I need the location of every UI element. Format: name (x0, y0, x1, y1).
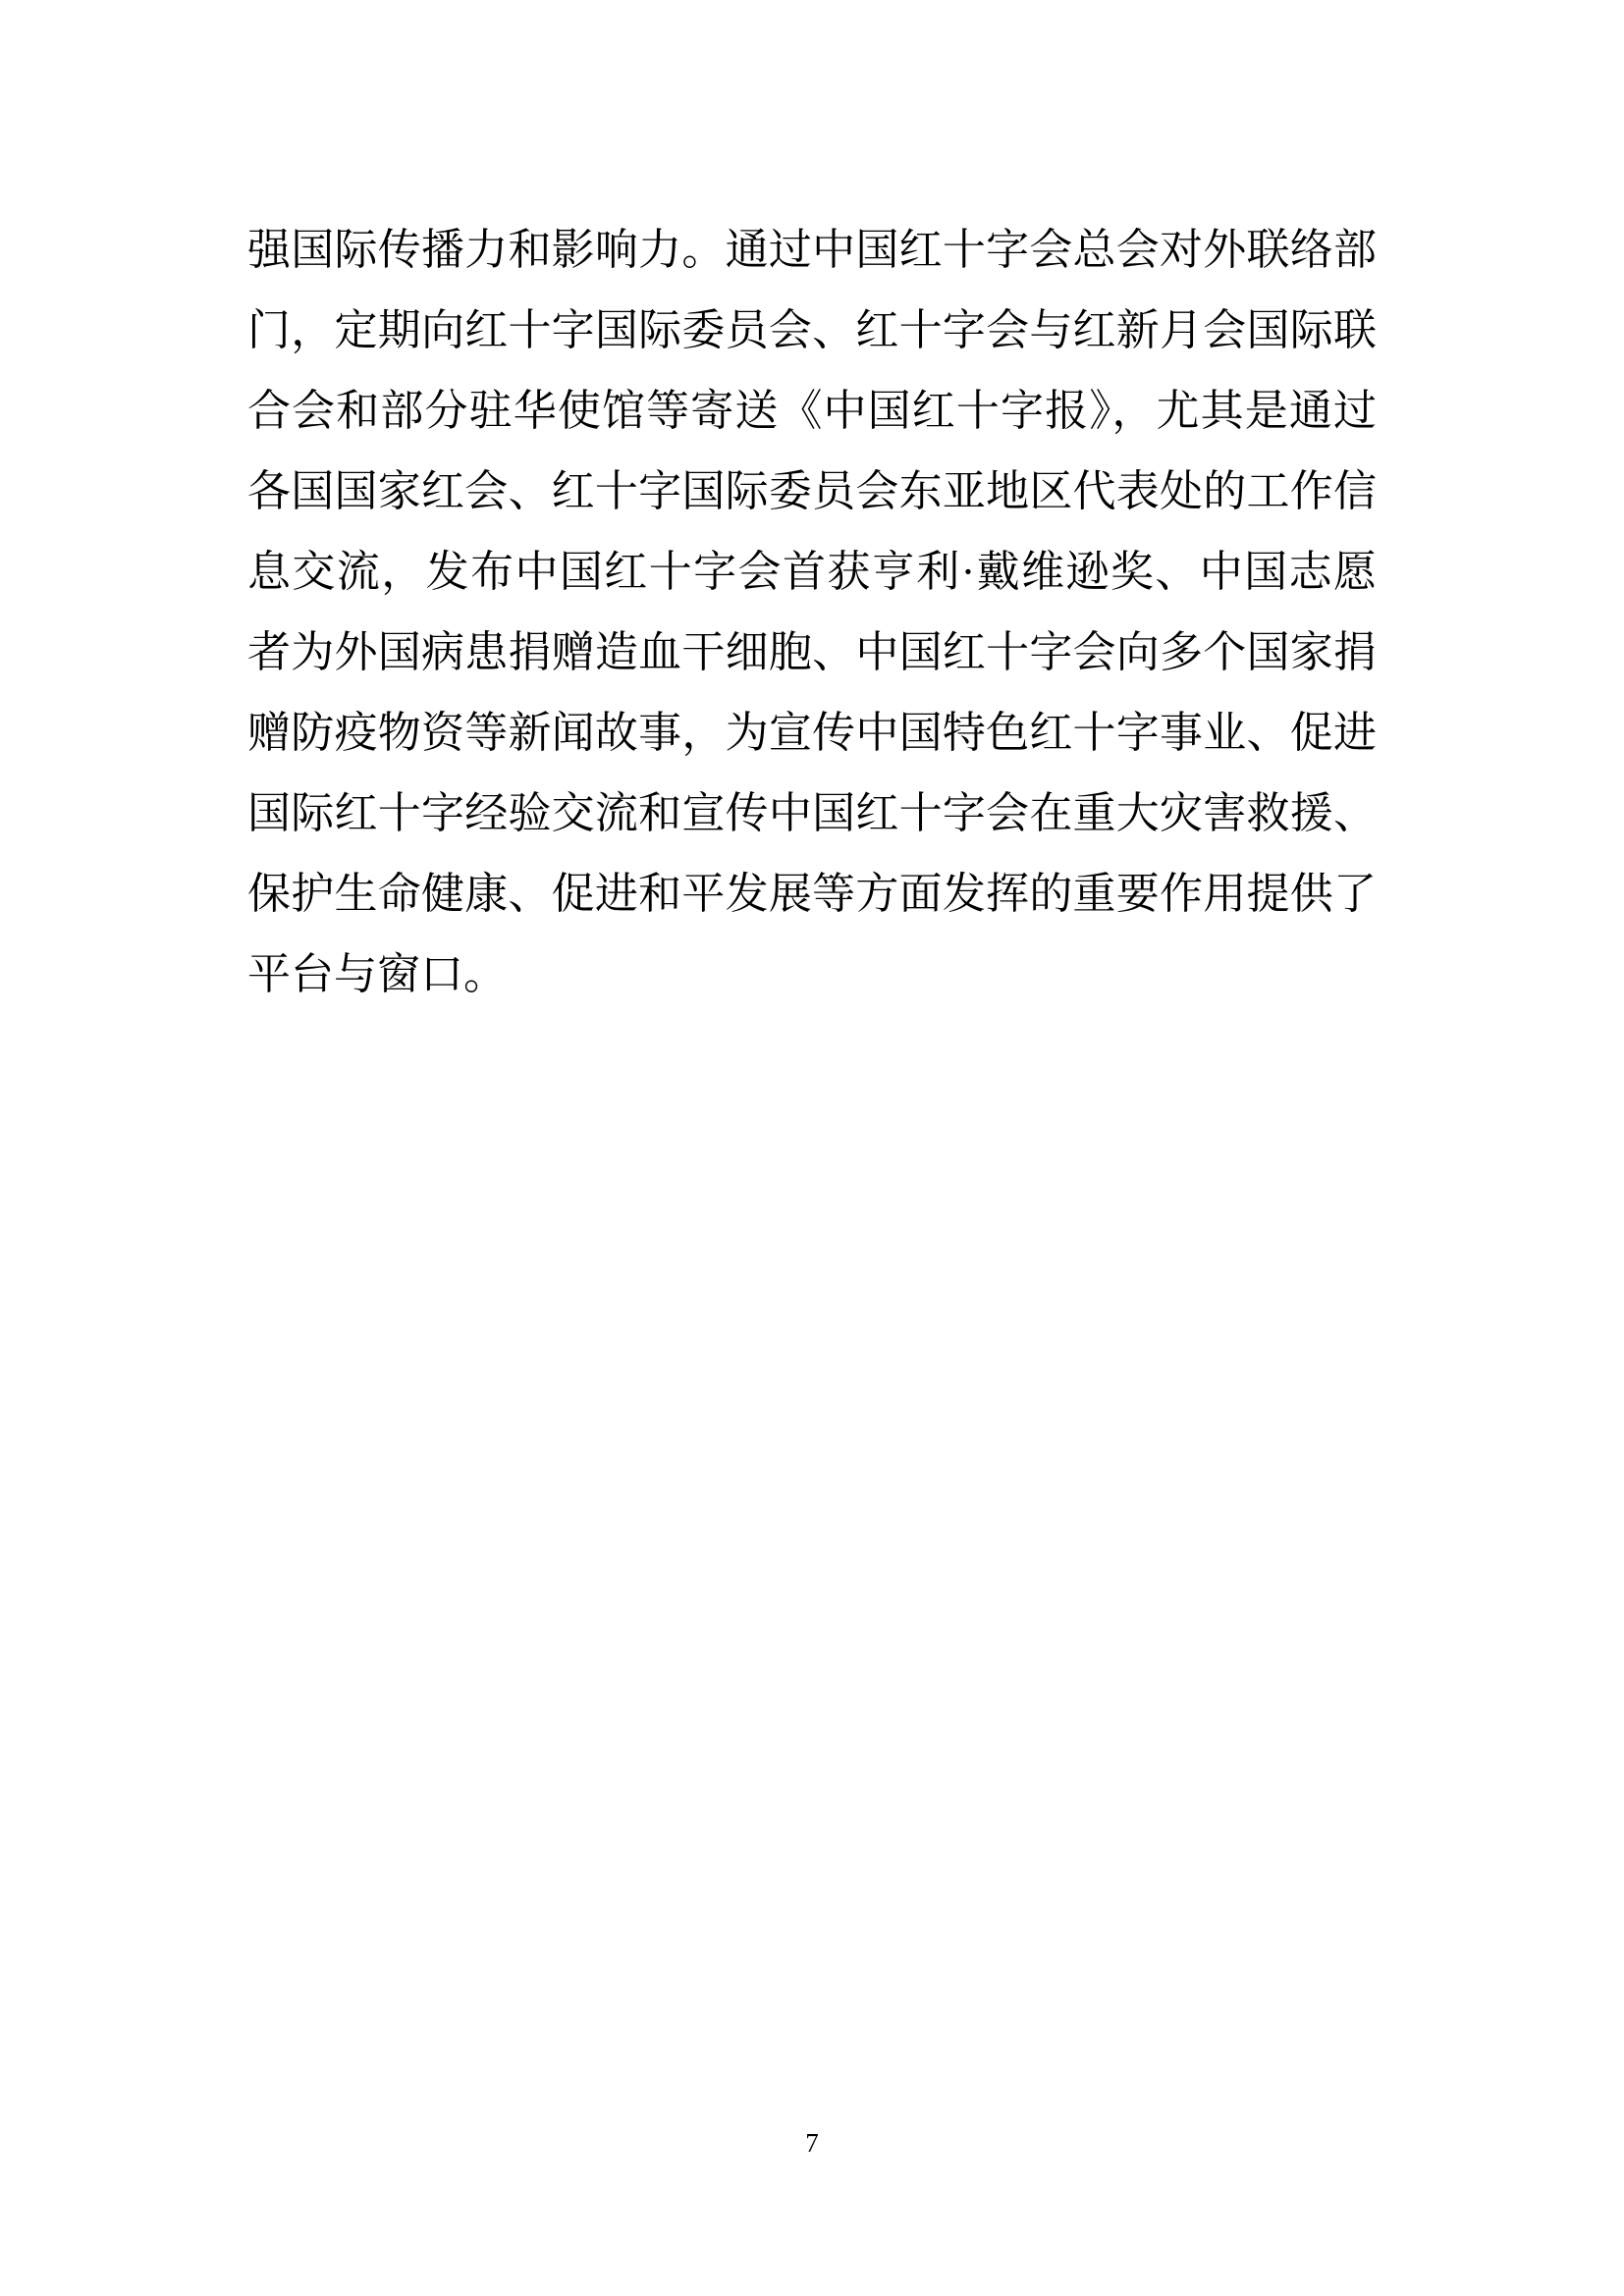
text-line: 门，定期向红十字国际委员会、红十字会与红新月会国际联 (247, 291, 1377, 371)
page-number: 7 (805, 2128, 819, 2158)
text-line: 各国国家红会、红十字国际委员会东亚地区代表处的工作信 (247, 452, 1377, 532)
page-footer: 7 (0, 2130, 1624, 2157)
text-line: 强国际传播力和影响力。通过中国红十字会总会对外联络部 (247, 210, 1377, 291)
text-line: 国际红十字经验交流和宣传中国红十字会在重大灾害救援、 (247, 774, 1377, 854)
text-line: 息交流，发布中国红十字会首获亨利·戴维逊奖、中国志愿 (247, 532, 1377, 613)
body-paragraph: 强国际传播力和影响力。通过中国红十字会总会对外联络部门，定期向红十字国际委员会、… (247, 210, 1377, 1015)
text-line: 保护生命健康、促进和平发展等方面发挥的重要作用提供了 (247, 854, 1377, 934)
text-line: 平台与窗口。 (247, 934, 1377, 1015)
text-line: 者为外国病患捐赠造血干细胞、中国红十字会向多个国家捐 (247, 613, 1377, 693)
document-page: 强国际传播力和影响力。通过中国红十字会总会对外联络部门，定期向红十字国际委员会、… (0, 0, 1624, 2296)
text-line: 合会和部分驻华使馆等寄送《中国红十字报》，尤其是通过 (247, 371, 1377, 452)
text-line: 赠防疫物资等新闻故事，为宣传中国特色红十字事业、促进 (247, 693, 1377, 774)
